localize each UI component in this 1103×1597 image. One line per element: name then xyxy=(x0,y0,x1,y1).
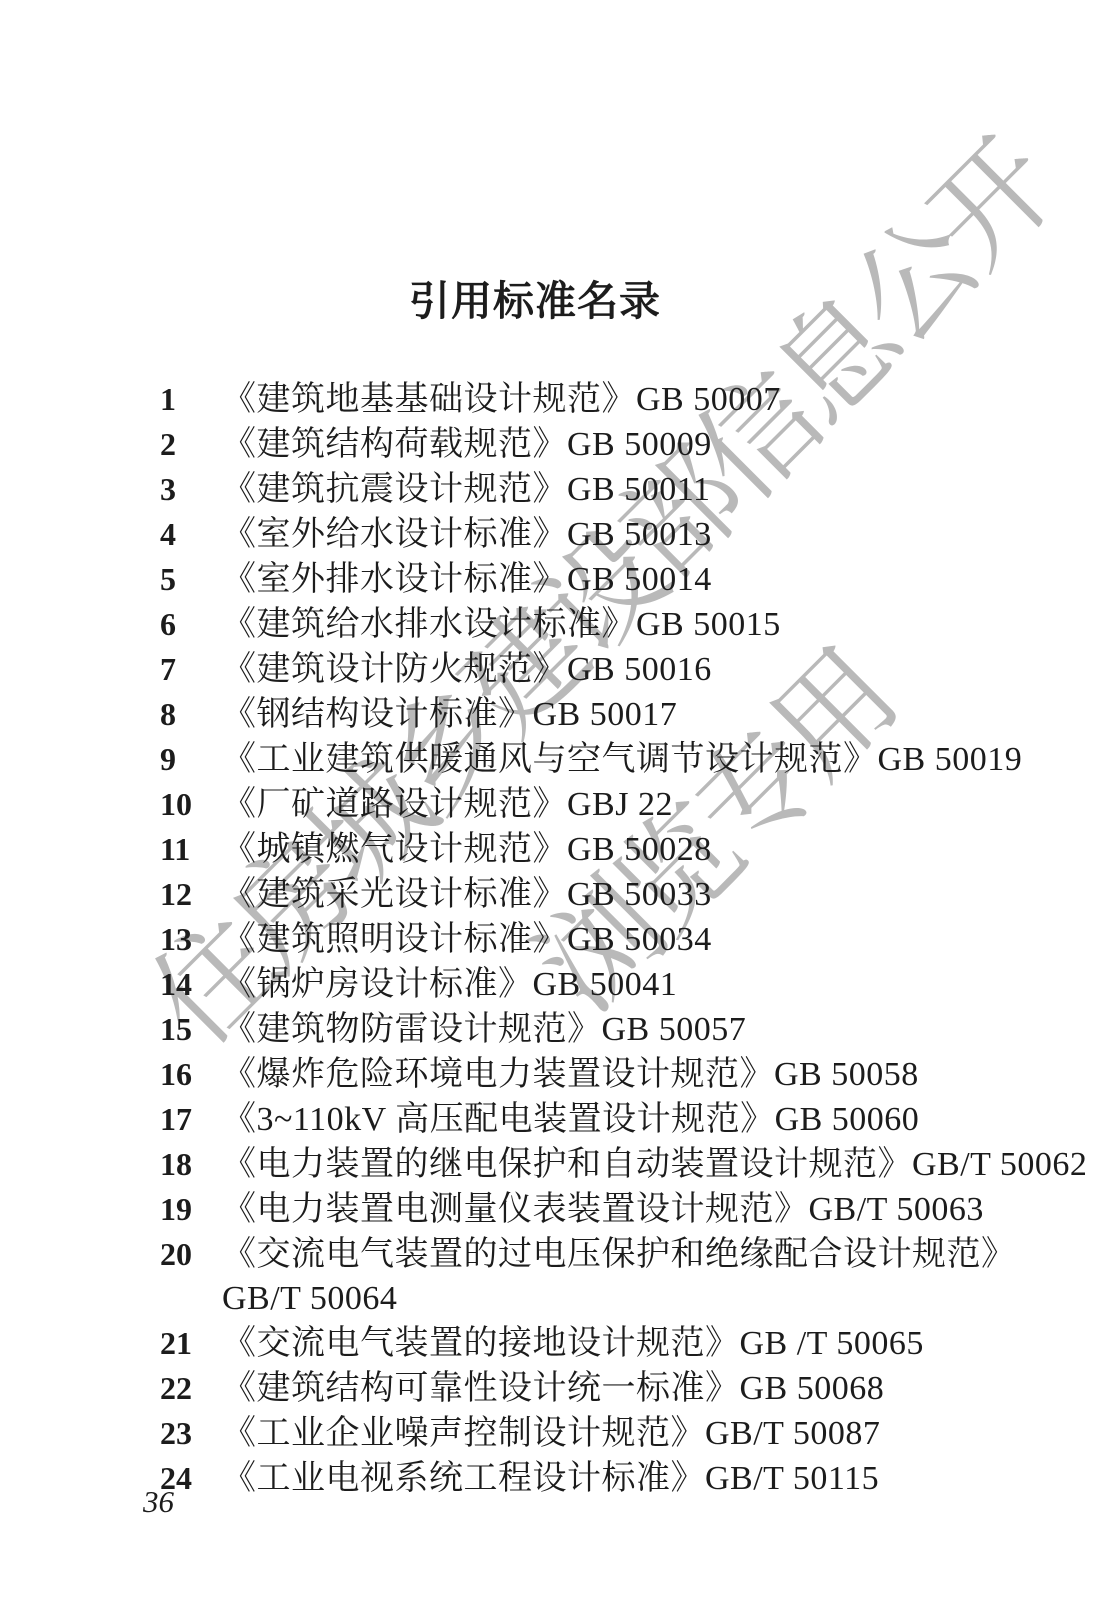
standard-item: 12《建筑采光设计标准》GB 50033 xyxy=(160,872,1070,917)
standard-item: 17《3~110kV 高压配电装置设计规范》GB 50060 xyxy=(160,1097,1070,1142)
item-text: 《工业电视系统工程设计标准》GB/T 50115 xyxy=(222,1460,879,1497)
item-text: 《工业建筑供暖通风与空气调节设计规范》GB 50019 xyxy=(222,741,1022,778)
standard-item: 2《建筑结构荷载规范》GB 50009 xyxy=(160,422,1070,467)
item-text: 《交流电气装置的过电压保护和绝缘配合设计规范》 xyxy=(222,1236,1016,1273)
document-page: 住房城乡建设部信息公开 浏览专用 引用标准名录 1《建筑地基基础设计规范》GB … xyxy=(0,0,1103,1597)
standard-item: 18《电力装置的继电保护和自动装置设计规范》GB/T 50062 xyxy=(160,1142,1070,1187)
item-text: 《城镇燃气设计规范》GB 50028 xyxy=(222,831,712,868)
item-text: 《室外给水设计标准》GB 50013 xyxy=(222,516,712,553)
standard-item: GB/T 50064 xyxy=(160,1277,1070,1321)
standard-item: 13《建筑照明设计标准》GB 50034 xyxy=(160,917,1070,962)
item-number: 17 xyxy=(160,1097,222,1141)
item-number: 21 xyxy=(160,1321,222,1365)
item-text: 《建筑结构荷载规范》GB 50009 xyxy=(222,426,712,463)
item-text: 《建筑设计防火规范》GB 50016 xyxy=(222,651,712,688)
standard-item: 5《室外排水设计标准》GB 50014 xyxy=(160,557,1070,602)
standard-item: 1《建筑地基基础设计规范》GB 50007 xyxy=(160,377,1070,422)
item-number: 18 xyxy=(160,1142,222,1186)
item-number: 14 xyxy=(160,962,222,1006)
item-text: 《建筑抗震设计规范》GB 50011 xyxy=(222,471,710,508)
item-number: 3 xyxy=(160,467,222,511)
page-title: 引用标准名录 xyxy=(0,268,1070,327)
item-number: 23 xyxy=(160,1411,222,1455)
standard-item: 6《建筑给水排水设计标准》GB 50015 xyxy=(160,602,1070,647)
page-content: 引用标准名录 1《建筑地基基础设计规范》GB 500072《建筑结构荷载规范》G… xyxy=(0,0,1103,1597)
item-text: 《电力装置的继电保护和自动装置设计规范》GB/T 50062 xyxy=(222,1146,1087,1183)
standard-item: 16《爆炸危险环境电力装置设计规范》GB 50058 xyxy=(160,1052,1070,1097)
standard-item: 20《交流电气装置的过电压保护和绝缘配合设计规范》 xyxy=(160,1232,1070,1277)
item-number: 8 xyxy=(160,692,222,736)
item-text: 《锅炉房设计标准》GB 50041 xyxy=(222,966,677,1003)
item-number: 7 xyxy=(160,647,222,691)
item-text: 《工业企业噪声控制设计规范》GB/T 50087 xyxy=(222,1415,880,1452)
standard-item: 11《城镇燃气设计规范》GB 50028 xyxy=(160,827,1070,872)
item-number: 4 xyxy=(160,512,222,556)
item-text: 《建筑给水排水设计标准》GB 50015 xyxy=(222,606,781,643)
item-text: 《厂矿道路设计规范》GBJ 22 xyxy=(222,786,673,823)
item-text: 《建筑采光设计标准》GB 50033 xyxy=(222,876,712,913)
item-text: 《建筑结构可靠性设计统一标准》GB 50068 xyxy=(222,1370,884,1407)
item-number: 9 xyxy=(160,737,222,781)
item-number: 15 xyxy=(160,1007,222,1051)
standard-item: 22《建筑结构可靠性设计统一标准》GB 50068 xyxy=(160,1366,1070,1411)
item-text: 《电力装置电测量仪表装置设计规范》GB/T 50063 xyxy=(222,1191,984,1228)
standard-item: 21《交流电气装置的接地设计规范》GB /T 50065 xyxy=(160,1321,1070,1366)
item-number: 22 xyxy=(160,1366,222,1410)
item-text: 《室外排水设计标准》GB 50014 xyxy=(222,561,712,598)
standards-list: 1《建筑地基基础设计规范》GB 500072《建筑结构荷载规范》GB 50009… xyxy=(160,377,1070,1501)
item-number: 10 xyxy=(160,782,222,826)
item-number: 6 xyxy=(160,602,222,646)
item-number: 19 xyxy=(160,1187,222,1231)
item-text: 《建筑照明设计标准》GB 50034 xyxy=(222,921,712,958)
standard-item: 8《钢结构设计标准》GB 50017 xyxy=(160,692,1070,737)
item-text: 《爆炸危险环境电力装置设计规范》GB 50058 xyxy=(222,1056,919,1093)
item-number: 1 xyxy=(160,377,222,421)
item-number: 16 xyxy=(160,1052,222,1096)
item-text: 《建筑物防雷设计规范》GB 50057 xyxy=(222,1011,746,1048)
standard-item: 7《建筑设计防火规范》GB 50016 xyxy=(160,647,1070,692)
item-number: 13 xyxy=(160,917,222,961)
standard-item: 14《锅炉房设计标准》GB 50041 xyxy=(160,962,1070,1007)
standard-item: 23《工业企业噪声控制设计规范》GB/T 50087 xyxy=(160,1411,1070,1456)
page-number: 36 xyxy=(143,1484,174,1520)
item-text: 《钢结构设计标准》GB 50017 xyxy=(222,696,677,733)
item-text: 《交流电气装置的接地设计规范》GB /T 50065 xyxy=(222,1325,924,1362)
item-text: 《建筑地基基础设计规范》GB 50007 xyxy=(222,381,781,418)
item-number: 20 xyxy=(160,1232,222,1276)
standard-item: 15《建筑物防雷设计规范》GB 50057 xyxy=(160,1007,1070,1052)
standard-item: 4《室外给水设计标准》GB 50013 xyxy=(160,512,1070,557)
item-text: 《3~110kV 高压配电装置设计规范》GB 50060 xyxy=(222,1101,919,1138)
standard-item: 24《工业电视系统工程设计标准》GB/T 50115 xyxy=(160,1456,1070,1501)
item-number: 2 xyxy=(160,422,222,466)
standard-item: 9《工业建筑供暖通风与空气调节设计规范》GB 50019 xyxy=(160,737,1070,782)
item-text: GB/T 50064 xyxy=(222,1280,397,1317)
standard-item: 3《建筑抗震设计规范》GB 50011 xyxy=(160,467,1070,512)
standard-item: 10《厂矿道路设计规范》GBJ 22 xyxy=(160,782,1070,827)
item-number: 5 xyxy=(160,557,222,601)
item-number: 12 xyxy=(160,872,222,916)
standard-item: 19《电力装置电测量仪表装置设计规范》GB/T 50063 xyxy=(160,1187,1070,1232)
item-number: 11 xyxy=(160,827,222,871)
